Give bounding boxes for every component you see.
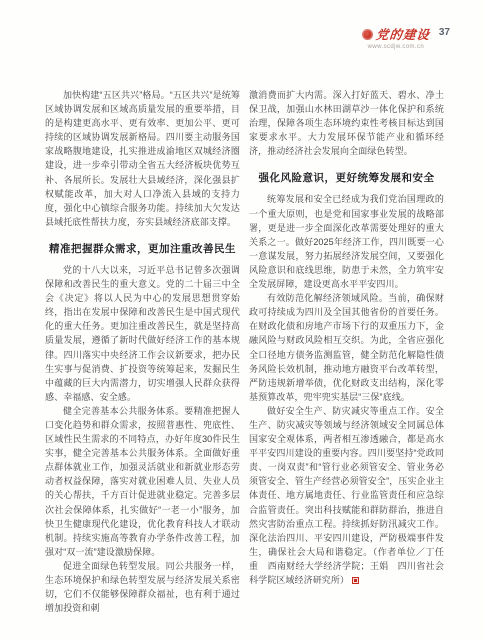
article-body: 加快构建“五区共兴”格局。“五区共兴”是统筹区域协调发展和区域高质量发展的重要举… xyxy=(45,88,444,615)
paragraph: 加快构建“五区共兴”格局。“五区共兴”是统筹区域协调发展和区域高质量发展的重要举… xyxy=(45,88,240,229)
paragraph: 有效防范化解经济领域风险。当前，确保财政可持续成为四川及全国其他省份的首要任务。… xyxy=(249,291,444,404)
magazine-page: 党的建设 www.scdjw.com.cn 37 加快构建“五区共兴”格局。“五… xyxy=(0,0,484,640)
magazine-website-url: www.scdjw.com.cn xyxy=(362,44,430,50)
magazine-logo-block: 党的建设 www.scdjw.com.cn xyxy=(362,25,430,50)
article-end-icon xyxy=(352,577,359,584)
paragraph: 促进全面绿色转型发展。同公共服务一样，生态环境保护和绿色转型发展与经济发展关系密… xyxy=(45,559,240,615)
section-heading: 精准把握群众需求，更加注重改善民生 xyxy=(45,241,240,256)
right-column: 激消费而扩大内需。深入打好蓝天、碧水、净土保卫战，加强山水林田湖草沙一体化保护和… xyxy=(249,88,444,615)
paragraph: 健全完善基本公共服务体系。要精准把握人口变化趋势和群众需求，按照普惠性、兜底性、… xyxy=(45,404,240,559)
section-heading: 强化风险意识，更好统筹发展和安全 xyxy=(249,170,444,185)
paragraph: 做好安全生产、防灾减灾等重点工作。安全生产、防灾减灾等领域与经济领域安全同属总体… xyxy=(249,404,444,587)
red-seal-icon xyxy=(362,29,373,40)
paragraph: 统筹发展和安全已经成为我们党治国理政的一个重大原则，也是党和国家事业发展的战略部… xyxy=(249,192,444,291)
page-number: 37 xyxy=(439,27,450,38)
magazine-logo: 党的建设 xyxy=(375,25,431,43)
paragraph: 党的十八大以来，习近平总书记曾多次强调保障和改善民生的重大意义。党的二十届三中全… xyxy=(45,263,240,404)
left-column: 加快构建“五区共兴”格局。“五区共兴”是统筹区域协调发展和区域高质量发展的重要举… xyxy=(45,88,240,615)
page-header: 党的建设 www.scdjw.com.cn 37 xyxy=(362,25,450,50)
paragraph-text: 做好安全生产、防灾减灾等重点工作。安全生产、防灾减灾等领域与经济领域安全同属总体… xyxy=(249,406,444,585)
paragraph-continuation: 激消费而扩大内需。深入打好蓝天、碧水、净土保卫战，加强山水林田湖草沙一体化保护和… xyxy=(249,88,444,158)
